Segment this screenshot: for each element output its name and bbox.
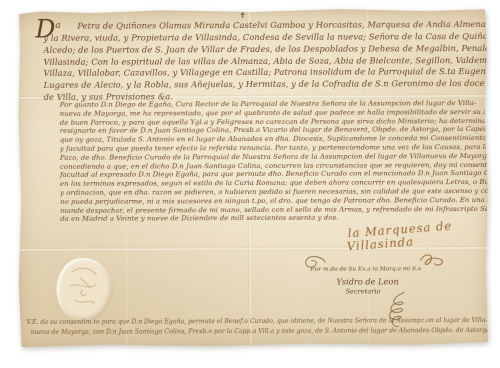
docket-note-block: V.E. da su consentim.to para que D.n Die… [27, 316, 485, 337]
heading-titles-block: Da Petra de Quiñones Olamas Miranda Cast… [37, 17, 483, 104]
docket-line: nueva de Mayorga, con D.n Juan Santiago … [31, 326, 485, 338]
heading-line: Petra de Quiñones Olamas Miranda Castelv… [77, 19, 486, 33]
body-paragraph-block: Por quanto D.n Diego de Egaña, Cura Rect… [60, 99, 487, 224]
secretary-name: Ysidro de Leon [336, 276, 398, 286]
document-photograph: ✝ Da Petra de Quiñones Olamas Miranda Ca… [0, 0, 500, 368]
heading-line: Lugares de Alecio, y la Robla, sus Añeju… [44, 78, 484, 92]
embossed-seal [56, 258, 112, 322]
manuscript-paper: ✝ Da Petra de Quiñones Olamas Miranda Ca… [17, 8, 488, 348]
manuscript-paper-wrap: ✝ Da Petra de Quiñones Olamas Miranda Ca… [17, 8, 488, 348]
calligraphic-initial: Da [35, 15, 61, 40]
by-order-line: P.or m.do de Su Ex.a la Marq.a mi S.a [310, 266, 421, 272]
secretary-title: Secretario [345, 287, 380, 295]
seal-arms-icon [56, 258, 112, 322]
